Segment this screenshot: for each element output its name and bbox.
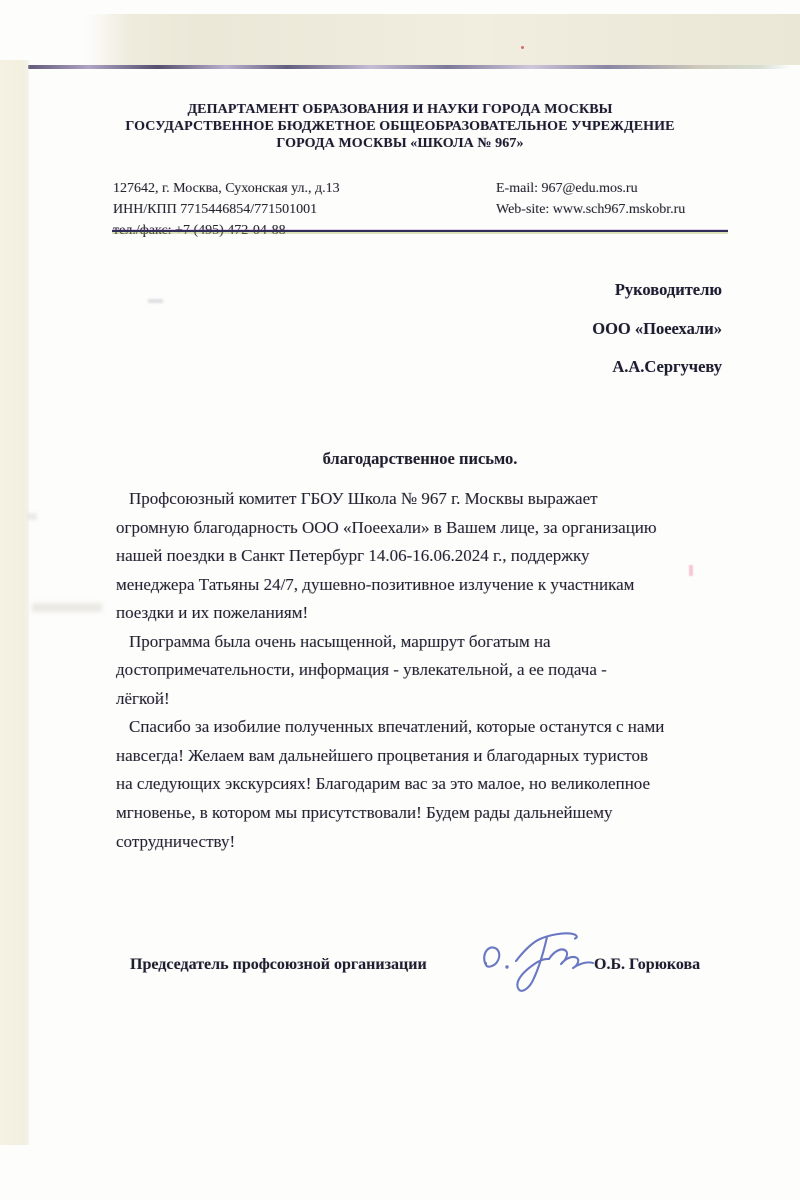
signature-name: О.Б. Горюкова	[594, 956, 700, 974]
scan-edge-left-strip	[0, 60, 30, 1145]
letterhead-line-school: ГОРОДА МОСКВЫ «ШКОЛА № 967»	[50, 135, 750, 152]
letter-paragraph-2: Программа была очень насыщенной, маршрут…	[116, 628, 756, 714]
letter-paragraph-1: Профсоюзный комитет ГБОУ Школа № 967 г. …	[116, 485, 756, 628]
recipient-person: А.А.Сергучеву	[592, 348, 722, 387]
letter-paragraph-3: Спасибо за изобилие полученных впечатлен…	[116, 713, 756, 856]
contact-inn-kpp: ИНН/КПП 7715446854/771501001	[113, 199, 496, 220]
contact-website: Web-site: www.sch967.mskobr.ru	[496, 199, 729, 220]
recipient-block: Руководителю ООО «Поеехали» А.А.Сергучев…	[592, 271, 722, 387]
recipient-company: ООО «Поеехали»	[592, 310, 722, 349]
contact-address: 127642, г. Москва, Сухонская ул., д.13	[113, 178, 496, 199]
scan-smudge	[148, 299, 163, 303]
signature-position-label: Председатель профсоюзной организации	[130, 956, 427, 974]
letter-title: благодарственное письмо.	[113, 449, 727, 469]
letterhead-line-department: ДЕПАРТАМЕНТ ОБРАЗОВАНИЯ И НАУКИ ГОРОДА М…	[50, 101, 750, 118]
scan-smudge	[32, 603, 102, 612]
letter-body: Профсоюзный комитет ГБОУ Школа № 967 г. …	[116, 485, 756, 856]
letterhead: ДЕПАРТАМЕНТ ОБРАЗОВАНИЯ И НАУКИ ГОРОДА М…	[50, 101, 750, 152]
scan-edge-top-band	[85, 14, 800, 65]
letterhead-divider	[112, 230, 728, 232]
scanned-letter-page: ДЕПАРТАМЕНТ ОБРАЗОВАНИЯ И НАУКИ ГОРОДА М…	[0, 0, 800, 1200]
signature-ink	[474, 912, 596, 996]
contact-email: E-mail: 967@edu.mos.ru	[496, 178, 729, 199]
scan-edge-line	[28, 65, 790, 69]
recipient-role: Руководителю	[592, 271, 722, 310]
letterhead-line-institution: ГОСУДАРСТВЕННОЕ БЮДЖЕТНОЕ ОБЩЕОБРАЗОВАТЕ…	[50, 118, 750, 135]
